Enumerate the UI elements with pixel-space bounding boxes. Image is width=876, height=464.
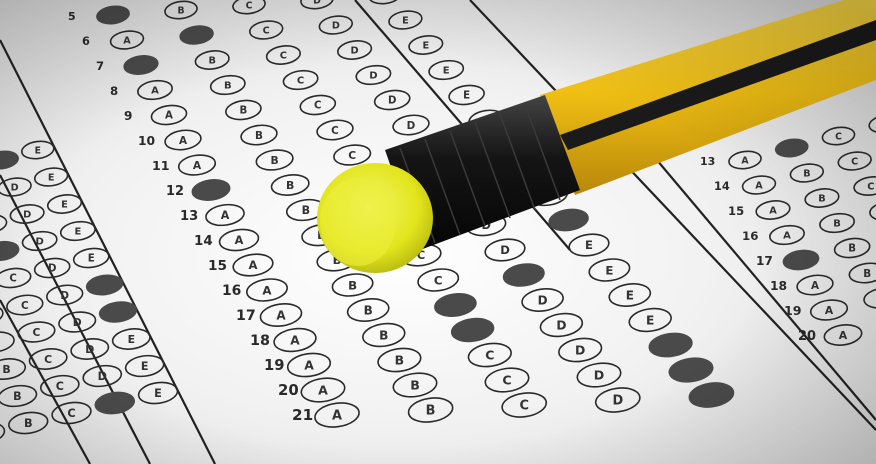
answer-sheet-photo: ABCEABCDEABCDEABDEABCDEABCDABCDABCDEABCD… (0, 0, 876, 464)
scene-canvas: ABCEABCDEABCDEABDEABCDEABCDABCDABCDEABCD… (0, 0, 876, 464)
